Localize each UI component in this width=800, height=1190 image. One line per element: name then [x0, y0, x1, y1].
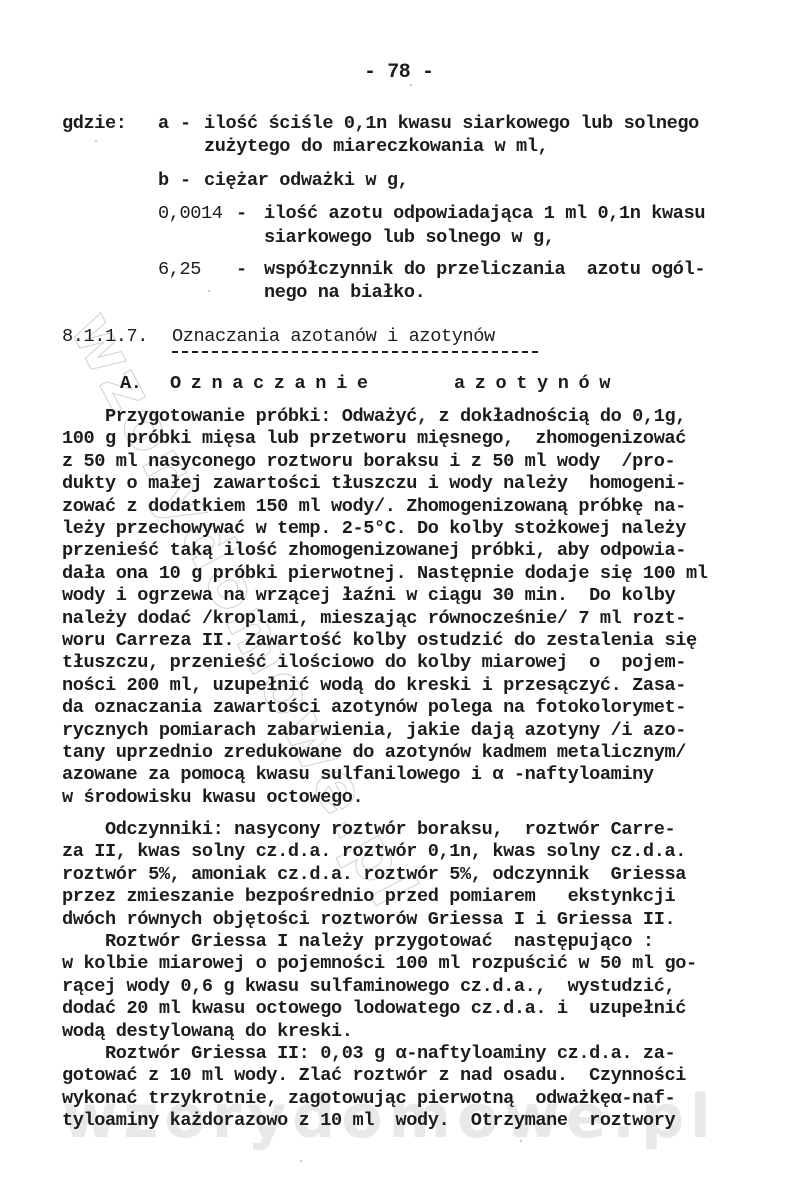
definition-symbol: b	[158, 170, 169, 192]
body-line: roztwór 5%, amoniak cz.d.a. roztwór 5%, …	[62, 864, 686, 886]
section-title: Oznaczania azotanów i azotynów	[172, 326, 495, 348]
body-line: da oznaczania zawartości azotynów polega…	[62, 697, 686, 719]
body-line: w środowisku kwasu octowego.	[62, 787, 363, 809]
definition-text: ilość ściśle 0,1n kwasu siarkowego lub s…	[204, 113, 699, 135]
subsection-title-word1: Oznaczanie	[170, 373, 378, 395]
scan-speck	[410, 84, 412, 86]
body-line: tłuszczu, przenieść ilościowo do kolby m…	[62, 652, 686, 674]
section-title-underline	[172, 351, 538, 353]
definition-dash: -	[236, 203, 247, 225]
body-line: za II, kwas solny cz.d.a. roztwór 0,1n, …	[62, 841, 686, 863]
body-line: tyloaminy każdorazowo z 10 ml wody. Otrz…	[62, 1110, 675, 1132]
definitions-intro: gdzie:	[62, 113, 127, 135]
body-line: dukty o małej zawartości tłuszczu i wody…	[62, 473, 686, 495]
body-line: 100 g próbki mięsa lub przetworu mięsneg…	[62, 428, 686, 450]
body-line: należy dodać /kroplami, mieszając równoc…	[62, 608, 686, 630]
subsection-letter: A.	[120, 373, 142, 395]
definition-dash: -	[236, 259, 247, 281]
definition-symbol: 0,0014	[158, 203, 223, 225]
document-page: wzorydomowe.pl wzorydomowe.pl - 78 - gdz…	[0, 0, 800, 1190]
scan-speck	[208, 290, 210, 292]
body-line: Roztwór Griessa I należy przygotować nas…	[62, 931, 654, 953]
body-line: dodać 20 ml kwasu octowego lodowatego cz…	[62, 998, 686, 1020]
definition-text: zużytego do miareczkowania w ml,	[204, 136, 548, 158]
scan-speck	[520, 1140, 522, 1142]
definition-text: ilość azotu odpowiadająca 1 ml 0,1n kwas…	[264, 203, 705, 225]
subsection-title-word2: azotynów	[454, 373, 620, 395]
definition-text: ciężar odważki w g,	[204, 170, 408, 192]
body-line: ności 200 ml, uzupełnić wodą do kreski i…	[62, 675, 686, 697]
body-line: dała ona 10 g próbki pierwotnej. Następn…	[62, 563, 707, 585]
definition-symbol: a	[158, 113, 169, 135]
body-line: gotować z 10 ml wody. Zlać roztwór z nad…	[62, 1065, 686, 1087]
definition-text: współczynnik do przeliczania azotu ogól-	[264, 259, 705, 281]
section-number: 8.1.1.7.	[62, 326, 148, 348]
body-line: Przygotowanie próbki: Odważyć, z dokładn…	[62, 406, 686, 428]
body-line: Roztwór Griessa II: 0,03 g α-naftyloamin…	[62, 1043, 675, 1065]
scan-speck	[95, 140, 97, 142]
body-line: zować z dodatkiem 150 ml wody/. Zhomogen…	[62, 496, 686, 518]
body-line: wody i ogrzewa na wrzącej łaźni w ciągu …	[62, 585, 675, 607]
body-line: przenieść taką ilość zhomogenizowanej pr…	[62, 540, 686, 562]
page-number: - 78 -	[364, 62, 434, 84]
body-line: woru Carreza II. Zawartość kolby ostudzi…	[62, 630, 697, 652]
body-line: wodą destylowaną do kreski.	[62, 1021, 352, 1043]
definition-text: siarkowego lub solnego w g,	[264, 227, 554, 249]
scan-speck	[300, 1160, 302, 1162]
body-line: rycznych pomiarach zabarwienia, jakie da…	[62, 720, 686, 742]
body-line: tany uprzednio zredukowane do azotynów k…	[62, 742, 686, 764]
body-line: w kolbie miarowej o pojemności 100 ml ro…	[62, 953, 697, 975]
body-line: rącej wody 0,6 g kwasu sulfaminowego cz.…	[62, 976, 675, 998]
body-line: azowane za pomocą kwasu sulfanilowego i …	[62, 764, 654, 786]
body-line: dwóch równych objętości roztworów Griess…	[62, 909, 675, 931]
body-line: przez zmieszanie bezpośrednio przed pomi…	[62, 886, 675, 908]
definition-text: nego na białko.	[264, 282, 425, 304]
body-line: leży przechowywać w temp. 2-5°C. Do kolb…	[62, 518, 686, 540]
definition-dash: -	[180, 170, 191, 192]
definition-symbol: 6,25	[158, 259, 201, 281]
body-line: wykonać trzykrotnie, zagotowując pierwot…	[62, 1088, 675, 1110]
body-line: Odczynniki: nasycony roztwór boraksu, ro…	[62, 819, 675, 841]
body-line: z 50 ml nasyconego roztworu boraksu i z …	[62, 451, 675, 473]
definition-dash: -	[180, 113, 191, 135]
